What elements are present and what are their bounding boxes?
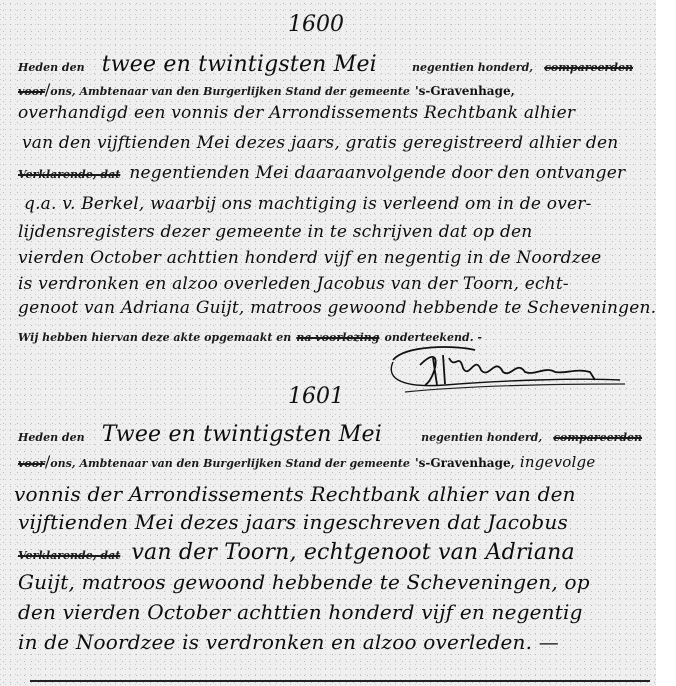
entry-line: voor/ons, Ambtenaar van den Burgerlijken… bbox=[18, 80, 515, 99]
entry-line: Guijt, matroos gewoond hebbende te Schev… bbox=[18, 570, 590, 594]
document-page: 1600 Heden den twee en twintigsten Mei n… bbox=[0, 0, 656, 686]
signature: W.H. Genaat Steenman bbox=[385, 340, 635, 400]
entry-line: Heden den Twee en twintigsten Mei negent… bbox=[18, 422, 642, 447]
struck-text: na voorlezing bbox=[296, 331, 379, 344]
struck-text: voor bbox=[18, 457, 45, 470]
handwritten-date: Twee en twintigsten Mei bbox=[102, 422, 382, 447]
entry-line: Verklarende, dat van der Toorn, echtgeno… bbox=[18, 540, 575, 565]
entry-number: 1601 bbox=[288, 384, 344, 409]
handwritten-date: twee en twintigsten Mei bbox=[102, 52, 377, 77]
printed-text: ons, Ambtenaar van den Burgerlijken Stan… bbox=[50, 85, 410, 98]
place-name: 's-Gravenhage, bbox=[415, 456, 515, 470]
struck-text: Verklarende, dat bbox=[18, 168, 120, 181]
entry-line: vijftienden Mei dezes jaars ingeschreven… bbox=[18, 510, 568, 534]
entry-line: Verklarende, dat negentienden Mei daaraa… bbox=[18, 163, 625, 183]
entry-number: 1600 bbox=[288, 12, 344, 37]
entry-line: q.a. v. Berkel, waarbij ons machtiging i… bbox=[24, 194, 592, 214]
entry-line: Heden den twee en twintigsten Mei negent… bbox=[18, 52, 633, 77]
struck-text: compareerden bbox=[544, 61, 633, 74]
entry-line: voor/ons, Ambtenaar van den Burgerlijken… bbox=[18, 452, 595, 471]
entry-line: vierden October achttien honderd vijf en… bbox=[18, 248, 601, 268]
printed-text: negentien honderd, bbox=[412, 61, 533, 74]
entry-line: overhandigd een vonnis der Arrondissemen… bbox=[18, 103, 575, 123]
closing-rule bbox=[30, 680, 650, 682]
entry-line: lijdensregisters dezer gemeente in te sc… bbox=[18, 222, 532, 242]
scan-margin bbox=[656, 0, 676, 686]
entry-line: van den vijftienden Mei dezes jaars, gra… bbox=[22, 133, 618, 153]
entry-line: is verdronken en alzoo overleden Jacobus… bbox=[18, 274, 569, 294]
entry-line: vonnis der Arrondissements Rechtbank alh… bbox=[14, 482, 576, 506]
printed-text: Heden den bbox=[18, 61, 85, 74]
entry-line: genoot van Adriana Guijt, matroos gewoon… bbox=[18, 298, 656, 318]
entry-line: den vierden October achttien honderd vij… bbox=[18, 600, 583, 624]
struck-text: voor bbox=[18, 85, 45, 98]
struck-text: compareerden bbox=[553, 431, 642, 444]
struck-text: Verklarende, dat bbox=[18, 549, 120, 562]
place-name: 's-Gravenhage, bbox=[415, 84, 515, 98]
entry-line: in de Noordzee is verdronken en alzoo ov… bbox=[18, 630, 559, 654]
